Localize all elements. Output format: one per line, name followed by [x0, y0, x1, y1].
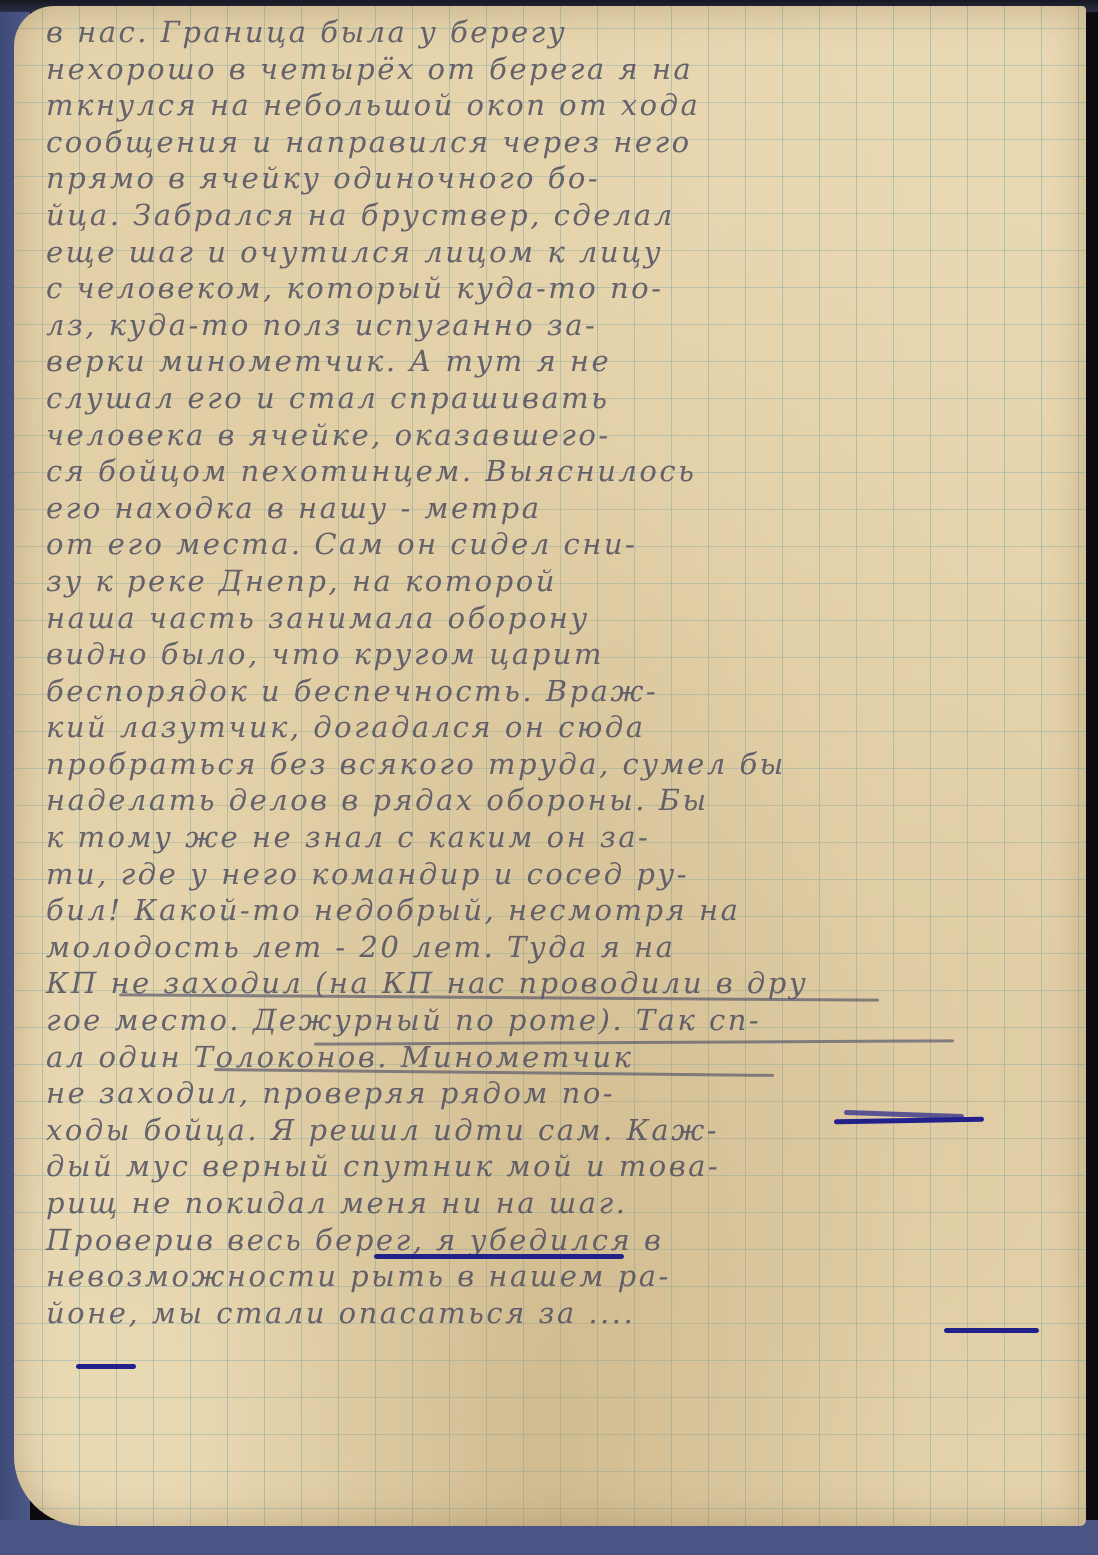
handwritten-line: нехорошо в четырёх от берега я на [46, 51, 1086, 88]
handwritten-line: дый мус верный спутник мой и това- [46, 1148, 1086, 1185]
notebook-page: в нас. Граница была у берегу нехорошо в … [14, 6, 1086, 1526]
handwritten-line: слушал его и стал спрашивать [46, 380, 1086, 417]
handwritten-line: зу к реке Днепр, на которой [46, 563, 1086, 600]
handwritten-text-block: в нас. Граница была у берегу нехорошо в … [46, 14, 1086, 1331]
handwritten-line: йоне, мы стали опасаться за .... [46, 1295, 1086, 1332]
handwritten-line: Проверив весь берег, я убедился в [46, 1222, 1086, 1259]
handwritten-line: ткнулся на небольшой окоп от хода [46, 87, 1086, 124]
handwritten-line: человека в ячейке, оказавшего- [46, 417, 1086, 454]
handwritten-line: видно было, что кругом царит [46, 636, 1086, 673]
handwritten-line: лз, куда-то полз испуганно за- [46, 307, 1086, 344]
handwritten-line: йца. Забрался на бруствер, сделал [46, 197, 1086, 234]
handwritten-line: наделать делов в рядах обороны. Бы [46, 782, 1086, 819]
handwritten-line: еще шаг и очутился лицом к лицу [46, 234, 1086, 271]
handwritten-line: беспорядок и беспечность. Враж- [46, 673, 1086, 710]
handwritten-line: прямо в ячейку одиночного бо- [46, 160, 1086, 197]
handwritten-line: к тому же не знал с каким он за- [46, 819, 1086, 856]
handwritten-line: рищ не покидал меня ни на шаг. [46, 1185, 1086, 1222]
handwritten-line: гое место. Дежурный по роте). Так сп- [46, 1002, 1086, 1039]
blue-ink-underline [944, 1328, 1039, 1333]
handwritten-line: бил! Какой-то недобрый, несмотря на [46, 892, 1086, 929]
handwritten-line: ти, где у него командир и сосед ру- [46, 856, 1086, 893]
handwritten-line: невозможности рыть в нашем ра- [46, 1258, 1086, 1295]
handwritten-line: пробраться без всякого труда, сумел бы [46, 746, 1086, 783]
handwritten-line: верки минометчик. А тут я не [46, 343, 1086, 380]
handwritten-line: кий лазутчик, догадался он сюда [46, 709, 1086, 746]
handwritten-line: наша часть занимала оборону [46, 600, 1086, 637]
handwritten-line: в нас. Граница была у берегу [46, 14, 1086, 51]
handwritten-line: от его места. Сам он сидел сни- [46, 526, 1086, 563]
handwritten-line: не заходил, проверяя рядом по- [46, 1075, 1086, 1112]
blue-ink-underline [76, 1364, 136, 1369]
blue-ink-underline [374, 1254, 624, 1259]
handwritten-line: ся бойцом пехотинцем. Выяснилось [46, 453, 1086, 490]
handwritten-line: молодость лет - 20 лет. Туда я на [46, 929, 1086, 966]
handwritten-line: его находка в нашу - метра [46, 490, 1086, 527]
handwritten-line: с человеком, который куда-то по- [46, 270, 1086, 307]
handwritten-line: сообщения и направился через него [46, 124, 1086, 161]
